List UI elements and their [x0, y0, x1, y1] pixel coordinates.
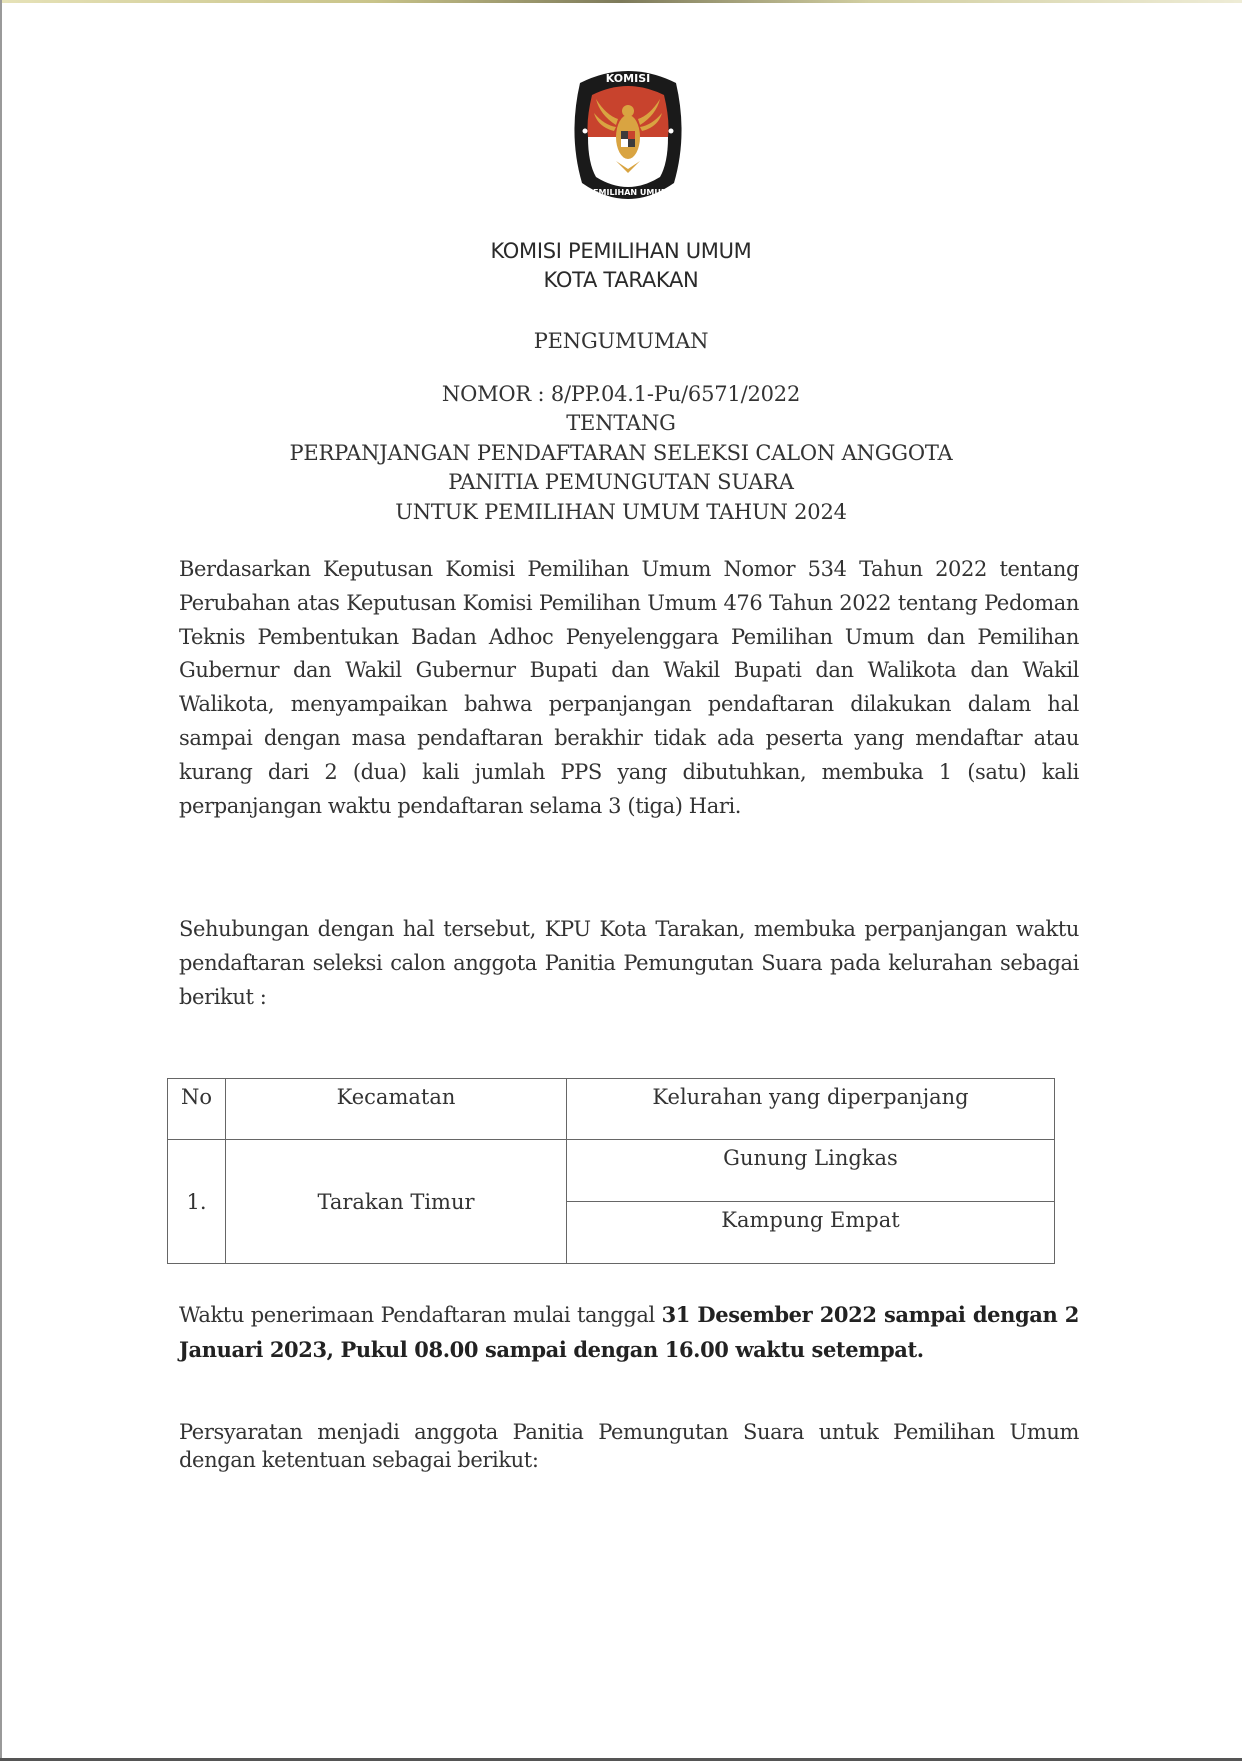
- table-header-row: No Kecamatan Kelurahan yang diperpanjang: [168, 1079, 1055, 1140]
- paragraph-registration-time: Waktu penerimaan Pendaftaran mulai tangg…: [179, 1298, 1079, 1368]
- cell-no: 1.: [168, 1140, 226, 1264]
- registration-time-text: Waktu penerimaan Pendaftaran mulai tangg…: [179, 1303, 662, 1327]
- document-number: NOMOR : 8/PP.04.1-Pu/6571/2022: [0, 379, 1242, 409]
- document-type: PENGUMUMAN: [0, 326, 1242, 356]
- svg-text:PEMILIHAN UMUM: PEMILIHAN UMUM: [587, 188, 669, 197]
- cell-kelurahan: Kampung Empat: [567, 1202, 1055, 1264]
- scan-edge-top: [0, 0, 1242, 3]
- document-title-line: PERPANJANGAN PENDAFTARAN SELEKSI CALON A…: [0, 438, 1242, 468]
- cell-kecamatan: Tarakan Timur: [226, 1140, 567, 1264]
- column-header-kelurahan: Kelurahan yang diperpanjang: [567, 1079, 1055, 1140]
- paragraph-basis: Berdasarkan Keputusan Komisi Pemilihan U…: [179, 553, 1079, 823]
- kelurahan-table: No Kecamatan Kelurahan yang diperpanjang…: [167, 1078, 1055, 1264]
- column-header-no: No: [168, 1079, 226, 1140]
- svg-text:KOMISI: KOMISI: [606, 72, 650, 85]
- org-name: KOMISI PEMILIHAN UMUM: [0, 237, 1242, 266]
- paragraph-announcement: Sehubungan dengan hal tersebut, KPU Kota…: [179, 913, 1079, 1014]
- org-city: KOTA TARAKAN: [0, 266, 1242, 295]
- document-title-line: UNTUK PEMILIHAN UMUM TAHUN 2024: [0, 497, 1242, 527]
- kpu-logo-icon: KOMISI PEMILIHAN UMUM: [566, 65, 690, 207]
- paragraph-requirements: Persyaratan menjadi anggota Panitia Pemu…: [179, 1418, 1079, 1474]
- table-row: 1. Tarakan Timur Gunung Lingkas: [168, 1140, 1055, 1202]
- document-about: TENTANG: [0, 408, 1242, 438]
- cell-kelurahan: Gunung Lingkas: [567, 1140, 1055, 1202]
- document-title-line: PANITIA PEMUNGUTAN SUARA: [0, 467, 1242, 497]
- column-header-kecamatan: Kecamatan: [226, 1079, 567, 1140]
